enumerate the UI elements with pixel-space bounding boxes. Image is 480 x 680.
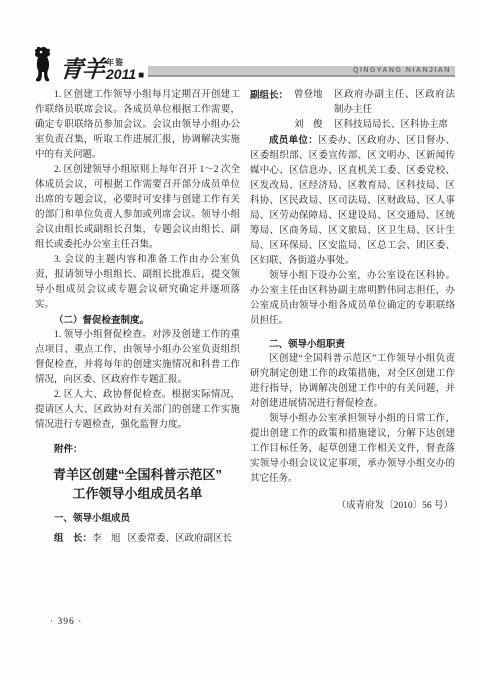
logo-title: 青羊 bbox=[59, 58, 105, 82]
deputy-label-spacer bbox=[250, 118, 294, 133]
paragraph-duty-2: 领导小组办公室承担领导小组的日常工作，提出创建工作的政策和措施建议，分解下达创建… bbox=[250, 412, 455, 487]
paragraph-supervision-2: 2. 区人大、政协督促检查。根据实际情况，提请区人大、区政协对有关部门的创建工作… bbox=[35, 388, 240, 433]
leader-desc: 区委常委、区政府副区长 bbox=[128, 534, 233, 544]
paragraph-supervision-1: 1. 领导小组督促检查。对涉及创建工作的重点项目、重点工作，由领导小组办公室负责… bbox=[35, 328, 240, 388]
goat-mascot-icon bbox=[32, 46, 58, 82]
deputy1-desc: 区政府办副主任、区政府法制办主任 bbox=[334, 88, 455, 118]
logo-stack: 年鉴 2011 ■ bbox=[106, 59, 144, 82]
right-column: 副组长： 曾登地 区政府办副主任、区政府法制办主任 刘 俊 区科技局局长、区科协… bbox=[250, 88, 455, 547]
page-header: QINGYANG NIANJIAN 青羊 年鉴 2011 ■ bbox=[32, 44, 455, 82]
leader-line: 组 长：李 旭区委常委、区政府副区长 bbox=[35, 531, 240, 547]
logo-year: 2011 bbox=[106, 67, 136, 81]
member-units-list: 区委办、区政府办、区目督办、区委组织部、区委宣传部、区文明办、区新闻传媒中心、区… bbox=[250, 136, 455, 266]
heading-group-members: 一、领导小组成员 bbox=[35, 511, 240, 526]
document-body: 1. 区创建工作领导小组每月定期召开创建工作联络员联席会议。各成员单位根据工作需… bbox=[35, 88, 455, 547]
deputy-leader-row-2: 刘 俊 区科技局局长、区科协主席 bbox=[250, 118, 455, 133]
heading-group-duties: 二、领导小组职责 bbox=[250, 337, 455, 352]
header-band-text: QINGYANG NIANJIAN bbox=[353, 66, 451, 75]
deputy-leader-row-1: 副组长： 曾登地 区政府办副主任、区政府法制办主任 bbox=[250, 88, 455, 118]
paragraph-meeting-1: 1. 区创建工作领导小组每月定期召开创建工作联络员联席会议。各成员单位根据工作需… bbox=[35, 88, 240, 163]
yearbook-page: QINGYANG NIANJIAN 青羊 年鉴 2011 ■ 1. 区创建工作领… bbox=[0, 0, 480, 680]
member-units-label: 成员单位： bbox=[269, 135, 318, 146]
leader-label: 组 长： bbox=[54, 533, 92, 544]
paragraph-duty-1: 区创建“全国科普示范区”工作领导小组负责研究制定创建工作的政策措施，对全区创建工… bbox=[250, 352, 455, 412]
logo-square-icon: ■ bbox=[138, 71, 144, 81]
paragraph-meeting-3: 3. 会议的主题内容和准备工作由办公室负责，报请领导小组组长、副组长批准后，提交… bbox=[35, 253, 240, 313]
leader-name: 李 旭 bbox=[92, 534, 121, 544]
paragraph-meeting-2: 2. 区创建领导小组原则上每年召开 1～2 次全体成员会议，可根据工作需要召开部… bbox=[35, 163, 240, 253]
header-band: QINGYANG NIANJIAN bbox=[116, 66, 455, 77]
heading-supervision-system: （二）督促检查制度。 bbox=[35, 313, 240, 328]
deputy2-name: 刘 俊 bbox=[294, 118, 334, 133]
left-column: 1. 区创建工作领导小组每月定期召开创建工作联络员联席会议。各成员单位根据工作需… bbox=[35, 88, 240, 547]
deputy-label: 副组长： bbox=[250, 88, 294, 118]
member-units-paragraph: 成员单位：区委办、区政府办、区目督办、区委组织部、区委宣传部、区文明办、区新闻传… bbox=[250, 133, 455, 269]
yearbook-logo: 青羊 年鉴 2011 ■ bbox=[32, 46, 148, 82]
attachment-label: 附件： bbox=[35, 442, 240, 457]
deputy2-desc: 区科技局局长、区科协主席 bbox=[334, 118, 455, 133]
attachment-title-line1: 青羊区创建“全国科普示范区” bbox=[35, 465, 240, 484]
document-number: （成青府发〔2010〕56 号） bbox=[250, 499, 455, 514]
page-number: · 396 · bbox=[50, 617, 82, 627]
deputy1-name: 曾登地 bbox=[294, 88, 334, 118]
paragraph-office: 领导小组下设办公室，办公室设在区科协。办公室主任由区科协副主席明黔伟同志担任，办… bbox=[250, 269, 455, 329]
attachment-title-line2: 工作领导小组成员名单 bbox=[35, 484, 240, 503]
